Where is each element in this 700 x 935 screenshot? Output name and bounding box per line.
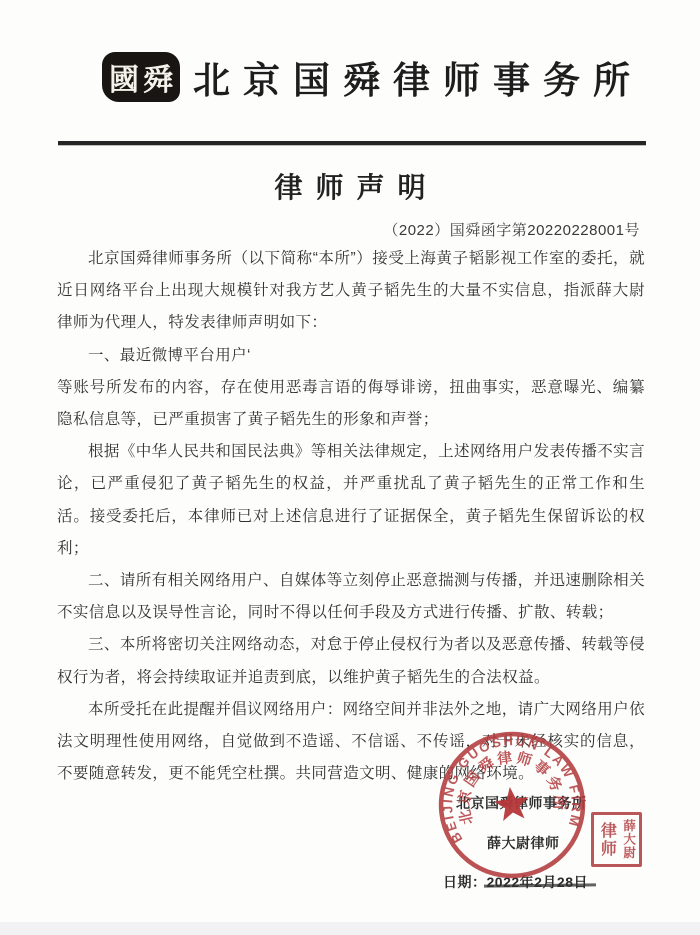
statement-paragraph: 等账号所发布的内容，存在使用恶毒言语的侮辱诽谤，扭曲事实，恶意曝光、编纂隐私信息… [57, 372, 645, 436]
red-star-icon [493, 785, 531, 822]
firm-name-heading: 北京国舜律师事务所 [193, 50, 643, 104]
statement-paragraph: 三、本所将密切关注网络动态，对怠于停止侵权行为者以及恶意传播、转载等侵权行为者，… [57, 629, 645, 693]
statement-paragraph: 北京国舜律师事务所（以下简称“本所”）接受上海黄子韬影视工作室的委托，就近日网络… [57, 243, 645, 340]
seal-lawyer-title: 律师 [595, 822, 618, 858]
statement-paragraph: 一、最近微博平台用户‘ [57, 340, 645, 372]
statement-paragraph: 二、请所有相关网络用户、自媒体等立刻停止恶意揣测与传播，并迅速删除相关不实信息以… [57, 565, 645, 629]
logo-text: 國舜 [109, 55, 177, 99]
seal-latin-ring-text: BEIJING GUOSHUN LAW FIRM [432, 725, 588, 847]
seal-lawyer-name: 薛大尉 [620, 819, 638, 860]
header-divider [58, 141, 646, 145]
scan-edge-band [0, 922, 700, 935]
law-firm-round-seal-icon: BEIJING GUOSHUN LAW FIRM 北京国舜律师事务所 [427, 720, 596, 889]
statement-body: 北京国舜律师事务所（以下简称“本所”）接受上海黄子韬影视工作室的委托，就近日网络… [57, 243, 645, 790]
statement-paragraph: 根据《中华人民共和国民法典》等相关法律规定，上述网络用户发表传播不实言论，已严重… [57, 436, 645, 565]
document-header: 國舜 北京国舜律师事务所 [103, 50, 643, 104]
guoshun-logo-stamp-icon: 國舜 [103, 53, 179, 101]
document-number: （2022）国舜函字第20220228001号 [383, 219, 640, 240]
lawyer-statement-document: 國舜 北京国舜律师事务所 律师声明 （2022）国舜函字第20220228001… [0, 0, 700, 935]
lawyer-name-square-seal-icon: 薛大尉 律师 [591, 812, 642, 867]
statement-title: 律师声明 [0, 166, 700, 206]
